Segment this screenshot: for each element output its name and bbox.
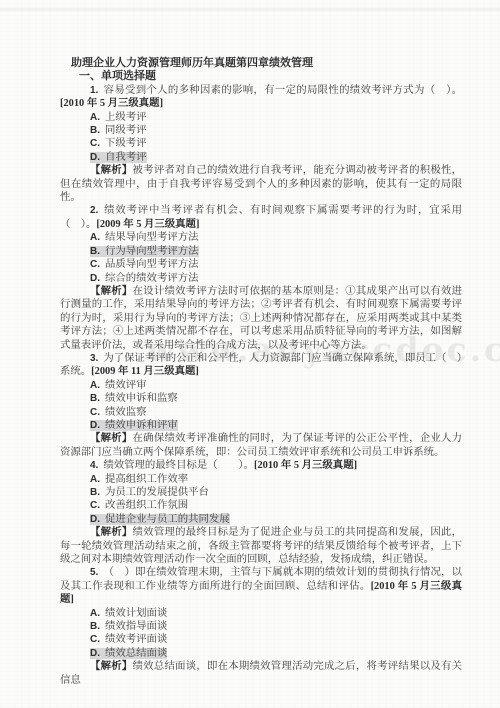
option-c: C.品质导向型考评方法: [90, 259, 199, 270]
option-letter: B.: [90, 125, 100, 136]
option-letter: C.: [90, 138, 100, 149]
analysis: 【解析】在确保绩效考评准确性的同时，为了保证考评的公正公平性，企业人力资源部门应…: [60, 432, 462, 459]
option-row: A.绩效评审: [60, 379, 462, 392]
option-text: 提高组织工作效率: [105, 474, 188, 485]
option-text: 绩效评审: [105, 380, 147, 391]
option-c: C.绩效考评面谈: [90, 634, 167, 645]
option-letter: A.: [90, 608, 100, 619]
question-number: 2.: [90, 205, 98, 216]
option-row: C.下级考评: [60, 137, 462, 150]
option-b: B.为员工的发展提供平台: [90, 487, 209, 498]
option-letter: D.: [90, 273, 100, 284]
option-a: A.上级考评: [90, 112, 147, 123]
question-stem: 2.绩效考评中当考评者有机会、有时间观察下属需要考评的行为时，宜采用（ ）。[2…: [60, 204, 462, 231]
option-text: 改善组织工作氛围: [105, 500, 188, 511]
option-row: D.促进企业与员工的共同发展: [60, 513, 462, 526]
option-row: D.自我考评: [60, 151, 462, 164]
option-letter: D.: [90, 420, 100, 431]
section-heading: 一、单项选择题: [60, 70, 462, 83]
option-letter: A.: [90, 474, 100, 485]
option-row: B.同级考评: [60, 124, 462, 137]
option-c: C.改善组织工作氛围: [90, 500, 188, 511]
question-number: 4.: [90, 460, 98, 471]
option-row: A.上级考评: [60, 111, 462, 124]
option-letter: B.: [90, 621, 100, 632]
question-number: 3.: [90, 353, 98, 364]
option-letter: B.: [90, 393, 100, 404]
analysis: 【解析】被考评者对自己的绩效进行自我考评，能充分调动被考评者的积极性，但在绩效管…: [60, 164, 462, 204]
option-row: C.改善组织工作氛围: [60, 499, 462, 512]
analysis-tag: 【解析】: [90, 661, 133, 672]
question-list: 1.容易受到个人的多种因素的影响，有一定的局限性的绩效考评方式为（ ）。[201…: [60, 84, 462, 687]
question-source: [2010 年 5 月三级真题]: [60, 98, 163, 109]
question-stem: 1.容易受到个人的多种因素的影响，有一定的局限性的绩效考评方式为（ ）。[201…: [60, 84, 462, 111]
option-row: A.提高组织工作效率: [60, 473, 462, 486]
question-source: [2009 年 5 月三级真题]: [96, 219, 199, 230]
question-block: 5.（ ）即在绩效管理末期，主管与下属就本期的绩效计划的贯彻执行情况，以及其工作…: [60, 566, 462, 687]
option-text: 绩效指导面谈: [105, 621, 167, 632]
option-row: A.绩效计划面谈: [60, 607, 462, 620]
analysis-tag: 【解析】: [90, 286, 133, 297]
option-text: 下级考评: [105, 138, 147, 149]
question-block: 4.绩效管理的最终目标是（ ）。[2010 年 5 月三级真题] A.提高组织工…: [60, 459, 462, 566]
option-letter: A.: [90, 112, 100, 123]
option-d: D.自我考评: [90, 152, 147, 163]
option-row: C.品质导向型考评方法: [60, 258, 462, 271]
option-a: A.绩效计划面谈: [90, 608, 167, 619]
option-letter: C.: [90, 407, 100, 418]
option-letter: D.: [90, 648, 100, 659]
question-text: 容易受到个人的多种因素的影响，有一定的局限性的绩效考评方式为（ ）。: [103, 85, 462, 96]
option-a: A.绩效评审: [90, 380, 147, 391]
option-c: C.绩效监察: [90, 407, 147, 418]
question-text: 绩效管理的最终目标是（ ）。: [103, 460, 254, 471]
question-block: 2.绩效考评中当考评者有机会、有时间观察下属需要考评的行为时，宜采用（ ）。[2…: [60, 204, 462, 351]
option-letter: C.: [90, 259, 100, 270]
option-d: D.绩效总结面谈: [90, 648, 167, 659]
option-a: A.结果导向型考评方法: [90, 232, 199, 243]
analysis: 【解析】在设计绩效考评方法时可依据的基本原则是：①其成果产出可以有效进行测量的工…: [60, 285, 462, 352]
option-text: 自我考评: [105, 152, 147, 163]
option-text: 绩效申诉和评审: [105, 420, 178, 431]
option-text: 绩效申诉和监察: [105, 393, 178, 404]
option-row: C.绩效监察: [60, 406, 462, 419]
option-a: A.提高组织工作效率: [90, 474, 188, 485]
question-block: 3.为了保证考评的公正和公平性，人力资源部门应当确立保障系统，即员工（ ）系统。…: [60, 352, 462, 459]
option-b: B.绩效申诉和监察: [90, 393, 178, 404]
option-letter: A.: [90, 232, 100, 243]
option-letter: B.: [90, 487, 100, 498]
option-b: B.行为导向型考评方法: [90, 246, 199, 257]
question-source: [2010 年 5 月三级真题]: [254, 460, 357, 471]
option-text: 绩效总结面谈: [105, 648, 167, 659]
option-text: 同级考评: [105, 125, 147, 136]
option-row: D.绩效总结面谈: [60, 647, 462, 660]
option-d: D.绩效申诉和评审: [90, 420, 178, 431]
analysis-tag: 【解析】: [90, 433, 133, 444]
option-b: B.绩效指导面谈: [90, 621, 167, 632]
option-letter: D.: [90, 514, 100, 525]
option-text: 上级考评: [105, 112, 147, 123]
option-row: B.绩效申诉和监察: [60, 392, 462, 405]
analysis-tag: 【解析】: [90, 527, 133, 538]
option-text: 为员工的发展提供平台: [105, 487, 209, 498]
option-d: D.促进企业与员工的共同发展: [90, 514, 230, 525]
option-text: 行为导向型考评方法: [105, 246, 199, 257]
option-letter: C.: [90, 500, 100, 511]
option-letter: B.: [90, 246, 100, 257]
question-number: 1.: [90, 85, 98, 96]
option-letter: D.: [90, 152, 100, 163]
option-text: 综合的绩效考评方法: [105, 273, 199, 284]
question-stem: 4.绩效管理的最终目标是（ ）。[2010 年 5 月三级真题]: [60, 459, 462, 472]
question-stem: 5.（ ）即在绩效管理末期，主管与下属就本期的绩效计划的贯彻执行情况，以及其工作…: [60, 566, 462, 606]
question-number: 5.: [90, 567, 98, 578]
option-row: B.绩效指导面谈: [60, 620, 462, 633]
option-row: C.绩效考评面谈: [60, 633, 462, 646]
document-content: 助理企业人力资源管理师历年真题第四章绩效管理 一、单项选择题 1.容易受到个人的…: [60, 57, 462, 687]
option-text: 绩效考评面谈: [105, 634, 167, 645]
scan-edge-shadow: [0, 8, 500, 11]
option-row: A.结果导向型考评方法: [60, 231, 462, 244]
option-b: B.同级考评: [90, 125, 147, 136]
option-text: 品质导向型考评方法: [105, 259, 199, 270]
option-letter: A.: [90, 380, 100, 391]
option-row: B.行为导向型考评方法: [60, 245, 462, 258]
question-block: 1.容易受到个人的多种因素的影响，有一定的局限性的绩效考评方式为（ ）。[201…: [60, 84, 462, 205]
option-text: 结果导向型考评方法: [105, 232, 199, 243]
document-page: www.anyaccdoc.com 助理企业人力资源管理师历年真题第四章绩效管理…: [0, 0, 500, 708]
option-text: 绩效计划面谈: [105, 608, 167, 619]
option-d: D.综合的绩效考评方法: [90, 273, 199, 284]
analysis: 【解析】绩效管理的最终目标是为了促进企业与员工的共同提高和发展，因此，每一轮绩效…: [60, 526, 462, 566]
analysis-tag: 【解析】: [90, 165, 133, 176]
option-row: D.综合的绩效考评方法: [60, 272, 462, 285]
page-title: 助理企业人力资源管理师历年真题第四章绩效管理: [60, 57, 462, 70]
analysis: 【解析】绩效总结面谈，即在本期绩效管理活动完成之后，将考评结果以及有关信息: [60, 660, 462, 687]
option-text: 绩效监察: [105, 407, 147, 418]
option-letter: C.: [90, 634, 100, 645]
question-source: [2009 年 11 月三级真题]: [91, 366, 199, 377]
option-c: C.下级考评: [90, 138, 147, 149]
question-stem: 3.为了保证考评的公正和公平性，人力资源部门应当确立保障系统，即员工（ ）系统。…: [60, 352, 462, 379]
option-text: 促进企业与员工的共同发展: [105, 514, 230, 525]
option-row: B.为员工的发展提供平台: [60, 486, 462, 499]
option-row: D.绩效申诉和评审: [60, 419, 462, 432]
